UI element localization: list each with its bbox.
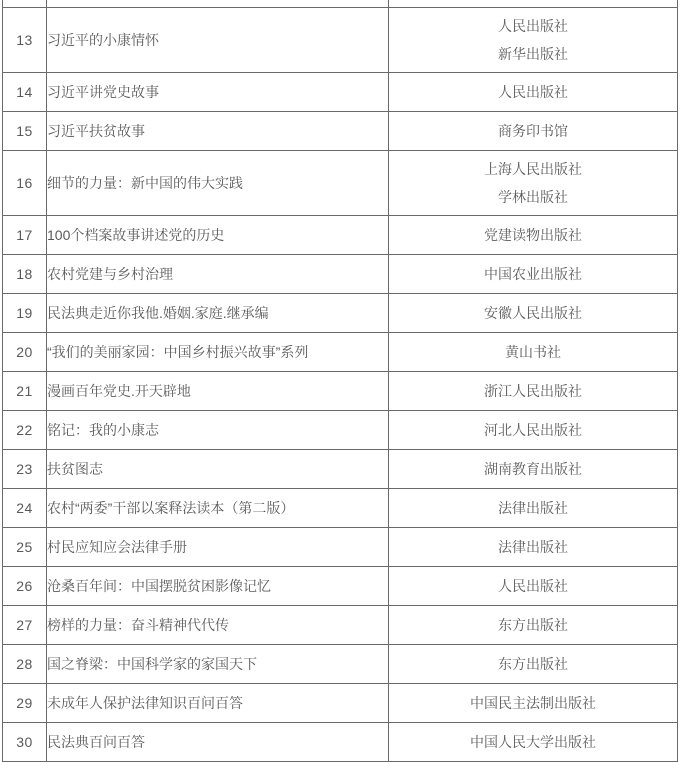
table-row: 20 “我们的美丽家园：中国乡村振兴故事”系列 黄山书社 [3,332,678,371]
publisher-name: 安徽人民出版社 [389,299,677,327]
book-title: 铭记：我的小康志 [47,410,389,449]
row-number: 26 [3,566,47,605]
book-title: 100个档案故事讲述党的历史 [47,215,389,254]
publisher-cell: 东方出版社 [389,644,678,683]
book-title: 习近平讲党史故事 [47,72,389,111]
table-row: 23 扶贫图志 湖南教育出版社 [3,449,678,488]
publisher-cell: 东方出版社 [389,605,678,644]
publisher-cell: 湖南教育出版社 [389,449,678,488]
publisher-name: 河北人民出版社 [389,416,677,444]
row-number: 13 [3,7,47,72]
row-number: 28 [3,644,47,683]
table-row: 29 未成年人保护法律知识百问百答 中国民主法制出版社 [3,683,678,722]
row-number: 16 [3,150,47,215]
book-title: 民法典走近你我他.婚姻.家庭.继承编 [47,293,389,332]
publisher-name: 商务印书馆 [389,117,677,145]
publisher-cell: 上海人民出版社学林出版社 [389,150,678,215]
table-row: 22 铭记：我的小康志 河北人民出版社 [3,410,678,449]
table-row: 25 村民应知应会法律手册 法律出版社 [3,527,678,566]
table-row: 14 习近平讲党史故事 人民出版社 [3,72,678,111]
publisher-cell: 人民出版社 [389,72,678,111]
book-title: 未成年人保护法律知识百问百答 [47,683,389,722]
book-list-table: 13 习近平的小康情怀 人民出版社新华出版社 14 习近平讲党史故事 人民出版社… [2,0,678,762]
row-number: 17 [3,215,47,254]
publisher-cell: 人民出版社 [389,566,678,605]
partial-cell-title [47,0,389,7]
publisher-name: 浙江人民出版社 [389,377,677,405]
publisher-cell: 安徽人民出版社 [389,293,678,332]
table-row: 13 习近平的小康情怀 人民出版社新华出版社 [3,7,678,72]
row-number: 30 [3,722,47,761]
table-row: 19 民法典走近你我他.婚姻.家庭.继承编 安徽人民出版社 [3,293,678,332]
publisher-cell: 商务印书馆 [389,111,678,150]
publisher-cell: 中国农业出版社 [389,254,678,293]
publisher-cell: 中国民主法制出版社 [389,683,678,722]
book-title: 习近平的小康情怀 [47,7,389,72]
partial-cell-number [3,0,47,7]
row-number: 24 [3,488,47,527]
publisher-name: 东方出版社 [389,611,677,639]
publisher-name: 人民出版社 [389,12,677,40]
publisher-cell: 浙江人民出版社 [389,371,678,410]
table-row: 30 民法典百问百答 中国人民大学出版社 [3,722,678,761]
row-number: 25 [3,527,47,566]
table-row: 26 沧桑百年间：中国摆脱贫困影像记忆 人民出版社 [3,566,678,605]
row-number: 29 [3,683,47,722]
table-row: 15 习近平扶贫故事 商务印书馆 [3,111,678,150]
table-row: 28 国之脊梁：中国科学家的家国天下 东方出版社 [3,644,678,683]
publisher-name: 人民出版社 [389,78,677,106]
row-number: 18 [3,254,47,293]
publisher-name: 法律出版社 [389,494,677,522]
book-title: 细节的力量：新中国的伟大实践 [47,150,389,215]
publisher-name: 湖南教育出版社 [389,455,677,483]
book-list-table-body: 13 习近平的小康情怀 人民出版社新华出版社 14 习近平讲党史故事 人民出版社… [3,0,678,761]
book-title: 扶贫图志 [47,449,389,488]
row-number: 23 [3,449,47,488]
publisher-cell: 中国人民大学出版社 [389,722,678,761]
publisher-name: 党建读物出版社 [389,221,677,249]
table-row: 21 漫画百年党史.开天辟地 浙江人民出版社 [3,371,678,410]
row-number: 21 [3,371,47,410]
publisher-cell: 人民出版社新华出版社 [389,7,678,72]
publisher-name: 人民出版社 [389,572,677,600]
book-title: 习近平扶贫故事 [47,111,389,150]
publisher-name: 新华出版社 [389,40,677,68]
row-number: 20 [3,332,47,371]
publisher-cell: 党建读物出版社 [389,215,678,254]
publisher-name: 中国农业出版社 [389,260,677,288]
book-title: “我们的美丽家园：中国乡村振兴故事”系列 [47,332,389,371]
table-row: 27 榜样的力量：奋斗精神代代传 东方出版社 [3,605,678,644]
publisher-cell: 黄山书社 [389,332,678,371]
book-title: 国之脊梁：中国科学家的家国天下 [47,644,389,683]
table-row: 17 100个档案故事讲述党的历史 党建读物出版社 [3,215,678,254]
publisher-cell: 法律出版社 [389,527,678,566]
book-title: 民法典百问百答 [47,722,389,761]
publisher-name: 上海人民出版社 [389,155,677,183]
book-title: 漫画百年党史.开天辟地 [47,371,389,410]
partial-row-top [3,0,678,7]
book-title: 村民应知应会法律手册 [47,527,389,566]
row-number: 22 [3,410,47,449]
row-number: 15 [3,111,47,150]
table-row: 18 农村党建与乡村治理 中国农业出版社 [3,254,678,293]
table-row: 16 细节的力量：新中国的伟大实践 上海人民出版社学林出版社 [3,150,678,215]
book-title: 榜样的力量：奋斗精神代代传 [47,605,389,644]
publisher-name: 法律出版社 [389,533,677,561]
row-number: 27 [3,605,47,644]
book-list-page: 13 习近平的小康情怀 人民出版社新华出版社 14 习近平讲党史故事 人民出版社… [0,0,683,762]
publisher-cell: 法律出版社 [389,488,678,527]
publisher-name: 中国民主法制出版社 [389,689,677,717]
publisher-name: 黄山书社 [389,338,677,366]
row-number: 14 [3,72,47,111]
publisher-name: 中国人民大学出版社 [389,728,677,756]
publisher-name: 东方出版社 [389,650,677,678]
partial-cell-publisher [389,0,678,7]
publisher-cell: 河北人民出版社 [389,410,678,449]
row-number: 19 [3,293,47,332]
book-title: 沧桑百年间：中国摆脱贫困影像记忆 [47,566,389,605]
book-title: 农村党建与乡村治理 [47,254,389,293]
publisher-name: 学林出版社 [389,183,677,211]
book-title: 农村“两委”干部以案释法读本（第二版） [47,488,389,527]
table-row: 24 农村“两委”干部以案释法读本（第二版） 法律出版社 [3,488,678,527]
